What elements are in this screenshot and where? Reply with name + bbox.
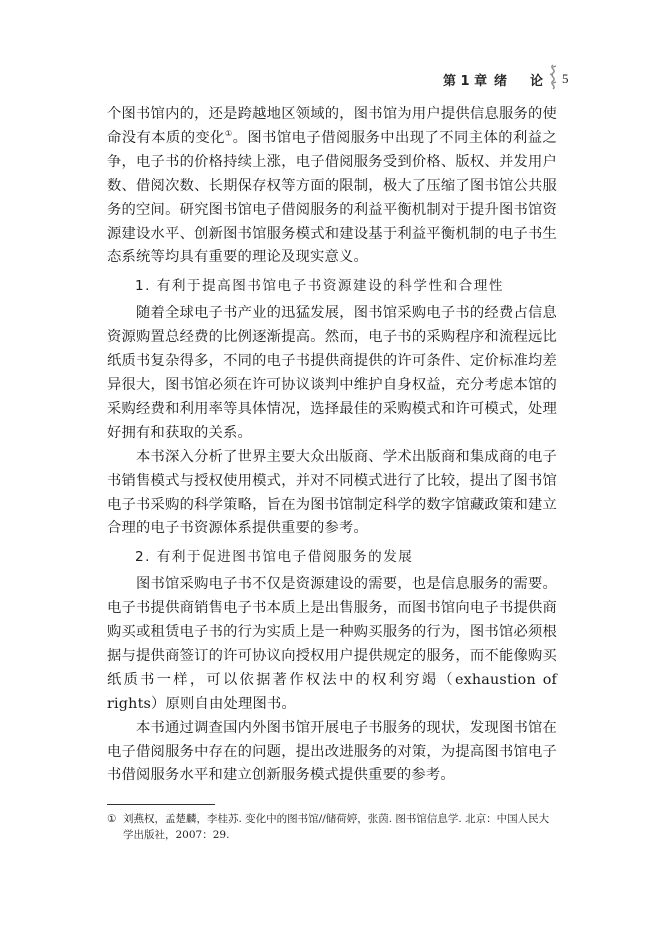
paragraph-intro: 个图书馆内的，还是跨越地区领域的，图书馆为用户提供信息服务的使命没有本质的变化①… [107, 103, 557, 270]
main-body: 个图书馆内的，还是跨越地区领域的，图书馆为用户提供信息服务的使命没有本质的变化①… [107, 103, 557, 788]
chapter-title-part1: 绪 [494, 70, 507, 89]
section-1-paragraph: 随着全球电子书产业的迅猛发展，图书馆采购电子书的经费占信息资源购置总经费的比例逐… [107, 302, 557, 445]
footnote-reference[interactable]: ① [225, 129, 233, 138]
footnote: ① 刘燕权，孟楚麟，李桂苏. 变化中的图书馆//储荷婷，张茵. 图书馆信息学. … [107, 811, 557, 843]
footnote-divider [107, 804, 215, 805]
chapter-label: 第 1 章 [443, 70, 487, 89]
chapter-title-part2: 论 [530, 70, 543, 89]
section-1-paragraph: 本书深入分析了世界主要大众出版商、学术出版商和集成商的电子书销售模式与授权使用模… [107, 446, 557, 542]
footnote-mark: ① [107, 811, 116, 827]
paragraph-text: 。图书馆电子借阅服务中出现了不同主体的利益之争，电子书的价格持续上涨，电子借阅服… [107, 130, 557, 266]
section-heading-2: 2. 有利于促进图书馆电子借阅服务的发展 [107, 546, 557, 570]
ornament-icon [547, 64, 559, 92]
page-number: 5 [562, 71, 569, 87]
running-header: 第 1 章 绪 论 5 [443, 70, 603, 94]
section-2-paragraph: 图书馆采购电子书不仅是资源建设的需要，也是信息服务的需要。电子书提供商销售电子书… [107, 573, 557, 716]
footnote-text: 刘燕权，孟楚麟，李桂苏. 变化中的图书馆//储荷婷，张茵. 图书馆信息学. 北京… [107, 811, 557, 843]
section-heading-1: 1. 有利于提高图书馆电子书资源建设的科学性和合理性 [107, 275, 557, 299]
section-2-paragraph: 本书通过调查国内外图书馆开展电子书服务的现状，发现图书馆在电子借阅服务中存在的问… [107, 717, 557, 789]
